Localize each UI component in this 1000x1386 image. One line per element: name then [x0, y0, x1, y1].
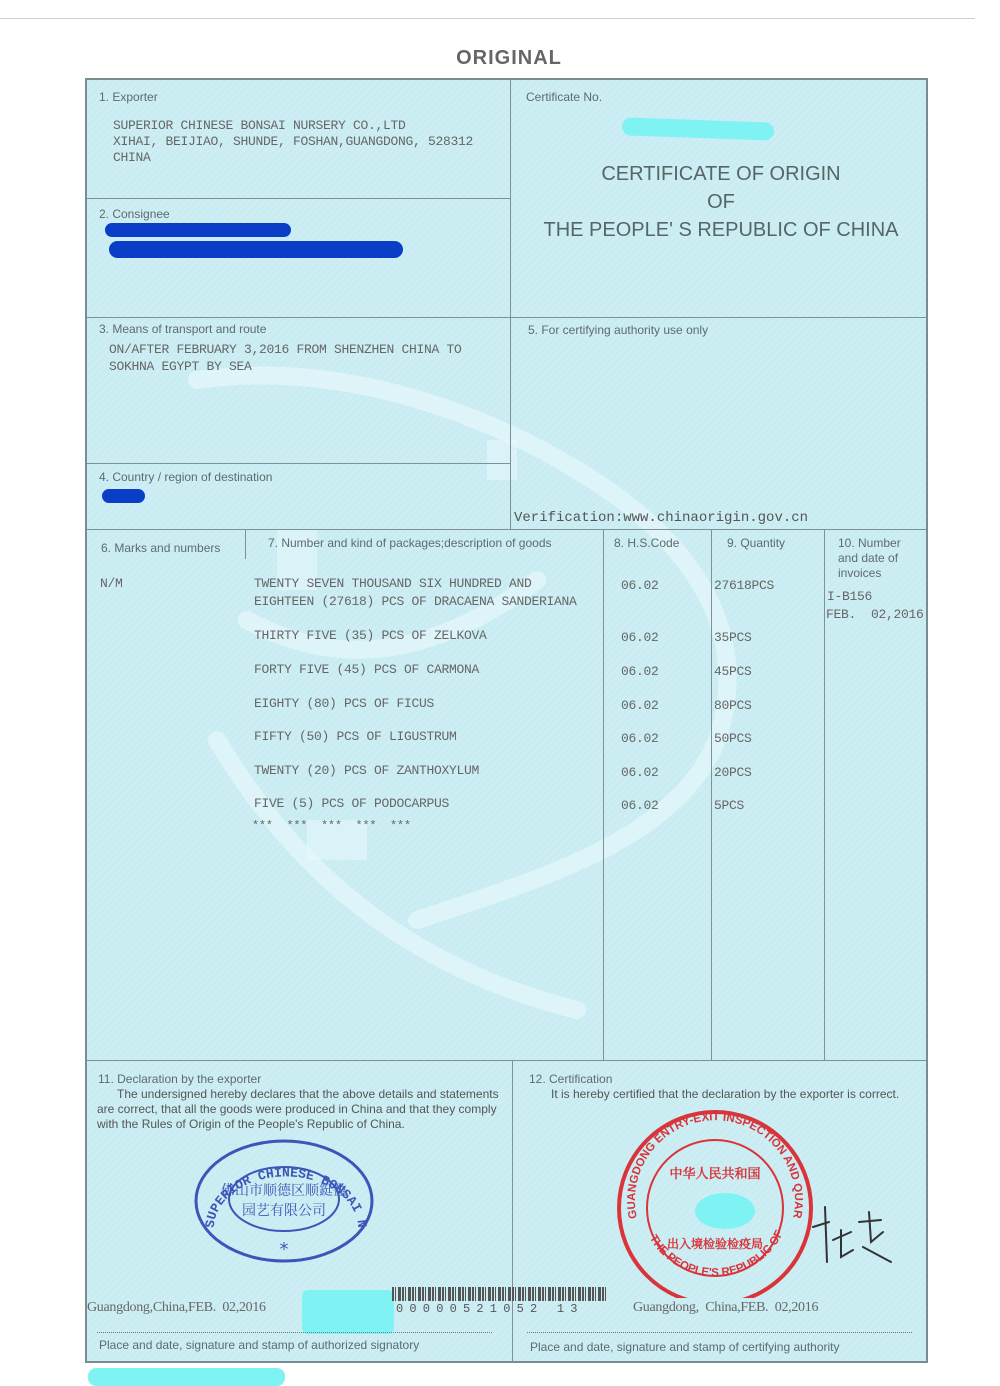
exporter-country: CHINA [113, 150, 151, 165]
marks-value: N/M [100, 576, 123, 591]
goods-description: THIRTY FIVE (35) PCS OF ZELKOVA [254, 628, 487, 643]
goods-hs-code: 06.02 [621, 798, 659, 813]
goods-description: TWENTY (20) PCS OF ZANTHOXYLUM [254, 763, 479, 778]
consignee-label: 2. Consignee [99, 207, 170, 221]
invoice-number: I-B156 [827, 589, 872, 604]
stamp-redaction [695, 1193, 755, 1229]
goods-quantity: 50PCS [714, 731, 752, 746]
title-line-2: OF [512, 188, 928, 216]
certifier-signature [811, 1202, 901, 1272]
barcode-digits: 00000521052 13 [396, 1302, 584, 1316]
goods-quantity: 35PCS [714, 630, 752, 645]
goods-quantity: 27618PCS [714, 578, 774, 593]
certifier-signature-line [527, 1332, 912, 1333]
divider [87, 317, 928, 318]
svg-text:*: * [280, 1239, 289, 1260]
verification-url: Verification:www.chinaorigin.gov.cn [514, 510, 808, 526]
exporter-name: SUPERIOR CHINESE BONSAI NURSERY CO.,LTD [113, 118, 406, 133]
svg-text:园艺有限公司: 园艺有限公司 [242, 1203, 326, 1219]
exporter-signature-redaction [302, 1290, 394, 1334]
title-line-3: THE PEOPLE' S REPUBLIC OF CHINA [512, 216, 928, 244]
transport-route-line-2: SOKHNA EGYPT BY SEA [109, 359, 252, 374]
divider [510, 80, 511, 530]
goods-description: FIFTY (50) PCS OF LIGUSTRUM [254, 729, 457, 744]
goods-hs-code: 06.02 [621, 698, 659, 713]
goods-description: EIGHTY (80) PCS OF FICUS [254, 696, 434, 711]
destination-redaction [102, 489, 145, 503]
divider [824, 529, 825, 1060]
svg-text:中华人民共和国: 中华人民共和国 [669, 1166, 760, 1182]
goods-hs-code: 06.02 [621, 731, 659, 746]
certificate-no-redaction [622, 117, 775, 140]
goods-hs-code: 06.02 [621, 765, 659, 780]
divider [87, 463, 510, 464]
goods-hs-code: 06.02 [621, 578, 659, 593]
goods-hs-code: 06.02 [621, 664, 659, 679]
goods-description: FIVE (5) PCS OF PODOCARPUS [254, 796, 449, 811]
goods-description: TWENTY SEVEN THOUSAND SIX HUNDRED AND [254, 576, 532, 591]
divider [711, 529, 712, 1060]
invoice-date: FEB. 02,2016 [826, 607, 924, 622]
goods-hs-code: 06.02 [621, 630, 659, 645]
exporter-company-stamp: SUPERIOR CHINESE BONSAI NURSERY CO.,LTD … [192, 1137, 377, 1267]
quantity-header: 9. Quantity [727, 536, 785, 550]
goods-quantity: 20PCS [714, 765, 752, 780]
hs-code-header: 8. H.S.Code [614, 536, 679, 550]
goods-quantity: 45PCS [714, 664, 752, 679]
goods-quantity: 80PCS [714, 698, 752, 713]
marks-header: 6. Marks and numbers [101, 541, 220, 555]
goods-description: EIGHTEEN (27618) PCS OF DRACAENA SANDERI… [254, 594, 577, 609]
certifier-place-date: Guangdong, China,FEB. 02,2016 [633, 1300, 818, 1316]
divider [603, 529, 604, 1060]
svg-text:佛山市顺德区顺鋌盈: 佛山市顺德区顺鋌盈 [221, 1183, 347, 1199]
divider [512, 1060, 513, 1363]
svg-text:出入境检验检疫局: 出入境检验检疫局 [667, 1236, 763, 1251]
authority-use-label: 5. For certifying authority use only [528, 323, 708, 337]
certifier-footer: Place and date, signature and stamp of c… [530, 1340, 840, 1354]
exporter-place-date: Guangdong,China,FEB. 02,2016 [87, 1300, 266, 1316]
goods-description: FORTY FIVE (45) PCS OF CARMONA [254, 662, 479, 677]
divider [87, 1060, 928, 1061]
title-line-1: CERTIFICATE OF ORIGIN [512, 160, 928, 188]
page-top-rule [0, 18, 975, 19]
barcode [392, 1287, 607, 1301]
original-heading: ORIGINAL [0, 47, 1000, 70]
exporter-signature-line [97, 1332, 492, 1333]
certification-text: It is hereby certified that the declarat… [551, 1087, 899, 1102]
goods-quantity: 5PCS [714, 798, 744, 813]
consignee-redaction-2 [109, 241, 403, 258]
declaration-label: 11. Declaration by the exporter [98, 1072, 261, 1086]
description-header: 7. Number and kind of packages;descripti… [268, 536, 552, 550]
certificate-title: CERTIFICATE OF ORIGIN OF THE PEOPLE' S R… [512, 160, 928, 244]
divider [245, 529, 246, 559]
exporter-label: 1. Exporter [99, 90, 158, 104]
consignee-redaction-1 [105, 223, 291, 237]
invoice-header: 10. Number and date of invoices [838, 536, 901, 581]
transport-label: 3. Means of transport and route [99, 322, 266, 336]
transport-route-line-1: ON/AFTER FEBRUARY 3,2016 FROM SHENZHEN C… [109, 342, 462, 357]
declaration-text: The undersigned hereby declares that the… [97, 1087, 512, 1132]
divider [87, 198, 510, 199]
inspection-bureau-stamp: GUANGDONG ENTRY-EXIT INSPECTION AND QUAR… [615, 1108, 815, 1298]
destination-label: 4. Country / region of destination [99, 470, 272, 484]
exporter-address: XIHAI, BEIJIAO, SHUNDE, FOSHAN,GUANGDONG… [113, 134, 473, 149]
certificate-form: 1. Exporter SUPERIOR CHINESE BONSAI NURS… [85, 78, 928, 1363]
certification-label: 12. Certification [529, 1072, 612, 1086]
end-marker: *** *** *** *** *** [252, 819, 411, 833]
divider [87, 529, 928, 530]
bottom-redaction [88, 1368, 285, 1386]
exporter-footer: Place and date, signature and stamp of a… [99, 1338, 419, 1352]
certificate-no-label: Certificate No. [526, 90, 602, 104]
